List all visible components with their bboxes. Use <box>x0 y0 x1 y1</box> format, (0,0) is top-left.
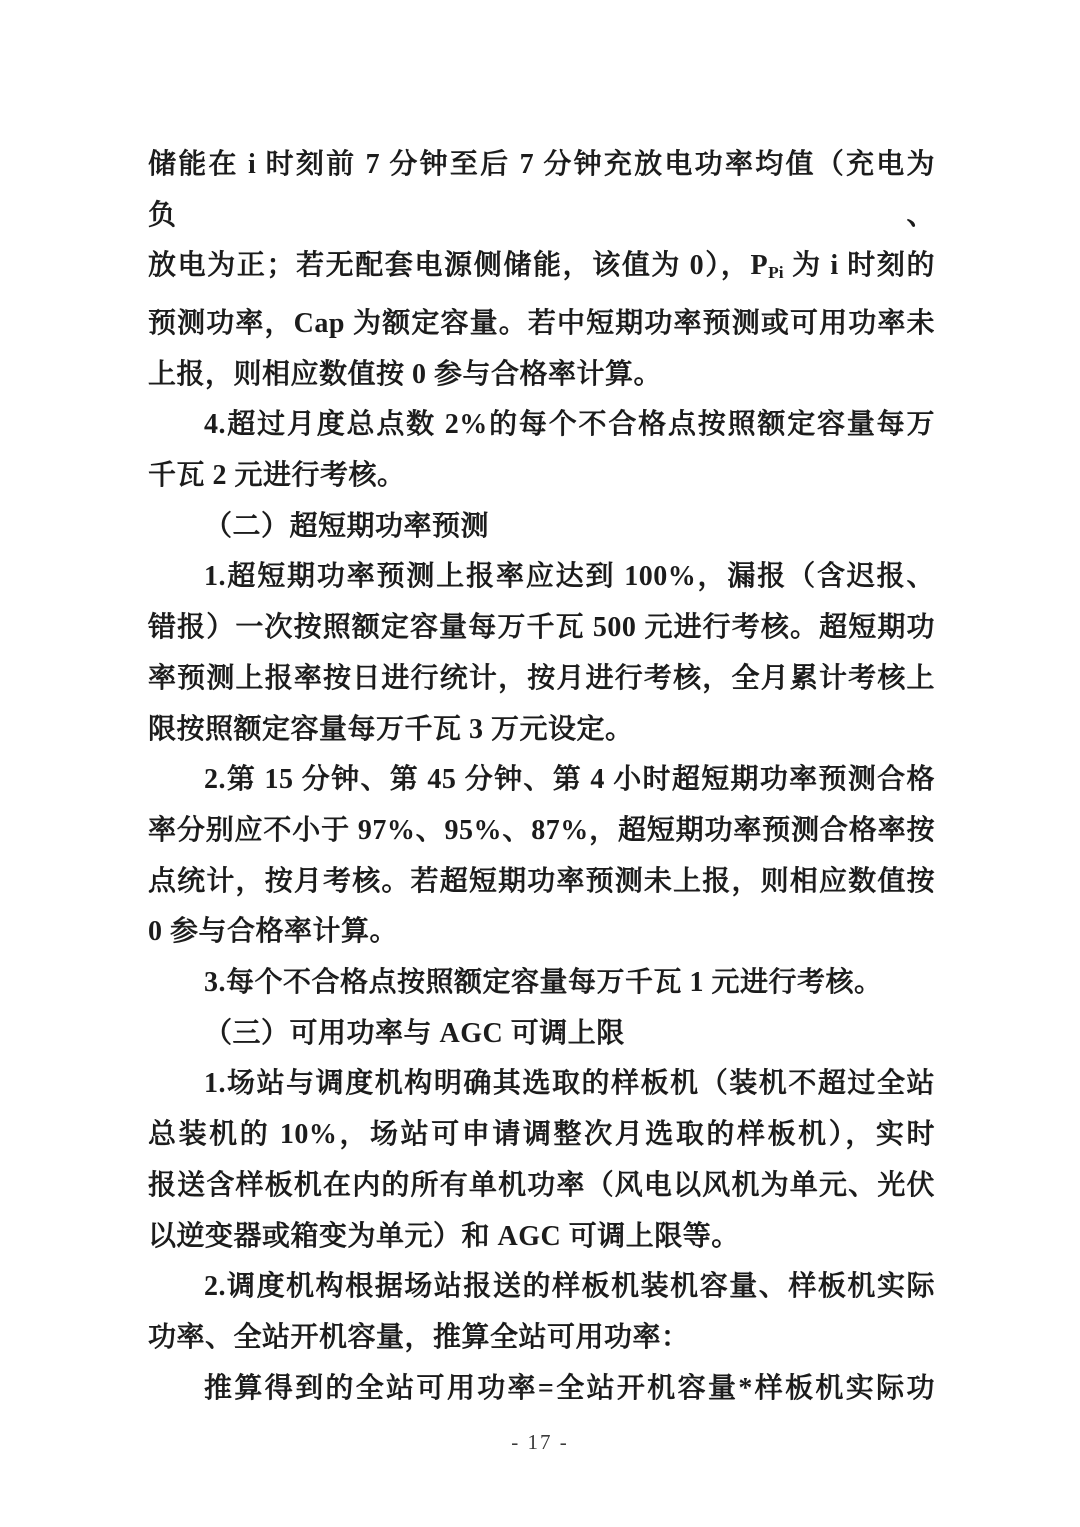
paragraph-line: 2.调度机构根据场站报送的样板机装机容量、样板机实际 <box>148 1262 935 1313</box>
paragraph-line: 错报）一次按照额定容量每万千瓦 500 元进行考核。超短期功 <box>148 603 935 654</box>
paragraph-line: 3.每个不合格点按照额定容量每万千瓦 1 元进行考核。 <box>148 958 935 1009</box>
document-text-block: 储能在 i 时刻前 7 分钟至后 7 分钟充放电功率均值（充电为负、 放电为正；… <box>0 0 1080 1414</box>
equation-line: 推算得到的全站可用功率=全站开机容量*样板机实际功 <box>148 1364 935 1415</box>
paragraph-line: 以逆变器或箱变为单元）和 AGC 可调上限等。 <box>148 1212 935 1263</box>
document-page: 储能在 i 时刻前 7 分钟至后 7 分钟充放电功率均值（充电为负、 放电为正；… <box>0 0 1080 1527</box>
paragraph-line: 1.超短期功率预测上报率应达到 100%，漏报（含迟报、 <box>148 552 935 603</box>
formula-line: 放电为正；若无配套电源侧储能，该值为 0），PPi 为 i 时刻的 <box>148 241 935 299</box>
paragraph-line: 2.第 15 分钟、第 45 分钟、第 4 小时超短期功率预测合格 <box>148 755 935 806</box>
paragraph-line: 预测功率，Cap 为额定容量。若中短期功率预测或可用功率未 <box>148 299 935 350</box>
section-heading: （二）超短期功率预测 <box>148 502 935 553</box>
paragraph-line: 上报，则相应数值按 0 参与合格率计算。 <box>148 350 935 401</box>
paragraph-line: 率预测上报率按日进行统计，按月进行考核，全月累计考核上 <box>148 654 935 705</box>
page-number: - 17 - <box>0 1430 1080 1455</box>
formula-post: 为 i 时刻的 <box>784 250 935 281</box>
paragraph-line: 报送含样板机在内的所有单机功率（风电以风机为单元、光伏 <box>148 1161 935 1212</box>
formula-subscript: Pi <box>768 263 783 282</box>
paragraph-line: 千瓦 2 元进行考核。 <box>148 451 935 502</box>
section-heading: （三）可用功率与 AGC 可调上限 <box>148 1009 935 1060</box>
paragraph-line: 限按照额定容量每万千瓦 3 万元设定。 <box>148 705 935 756</box>
paragraph-line: 功率、全站开机容量，推算全站可用功率： <box>148 1313 935 1364</box>
paragraph-line: 总装机的 10%，场站可申请调整次月选取的样板机），实时 <box>148 1110 935 1161</box>
paragraph-line: 储能在 i 时刻前 7 分钟至后 7 分钟充放电功率均值（充电为负、 <box>148 140 935 241</box>
paragraph-line: 率分别应不小于 97%、95%、87%，超短期功率预测合格率按 <box>148 806 935 857</box>
formula-pre: 放电为正；若无配套电源侧储能，该值为 0），P <box>148 250 768 281</box>
paragraph-line: 1.场站与调度机构明确其选取的样板机（装机不超过全站 <box>148 1059 935 1110</box>
paragraph-line: 0 参与合格率计算。 <box>148 907 935 958</box>
paragraph-line: 点统计，按月考核。若超短期功率预测未上报，则相应数值按 <box>148 857 935 908</box>
paragraph-line: 4.超过月度总点数 2%的每个不合格点按照额定容量每万 <box>148 400 935 451</box>
